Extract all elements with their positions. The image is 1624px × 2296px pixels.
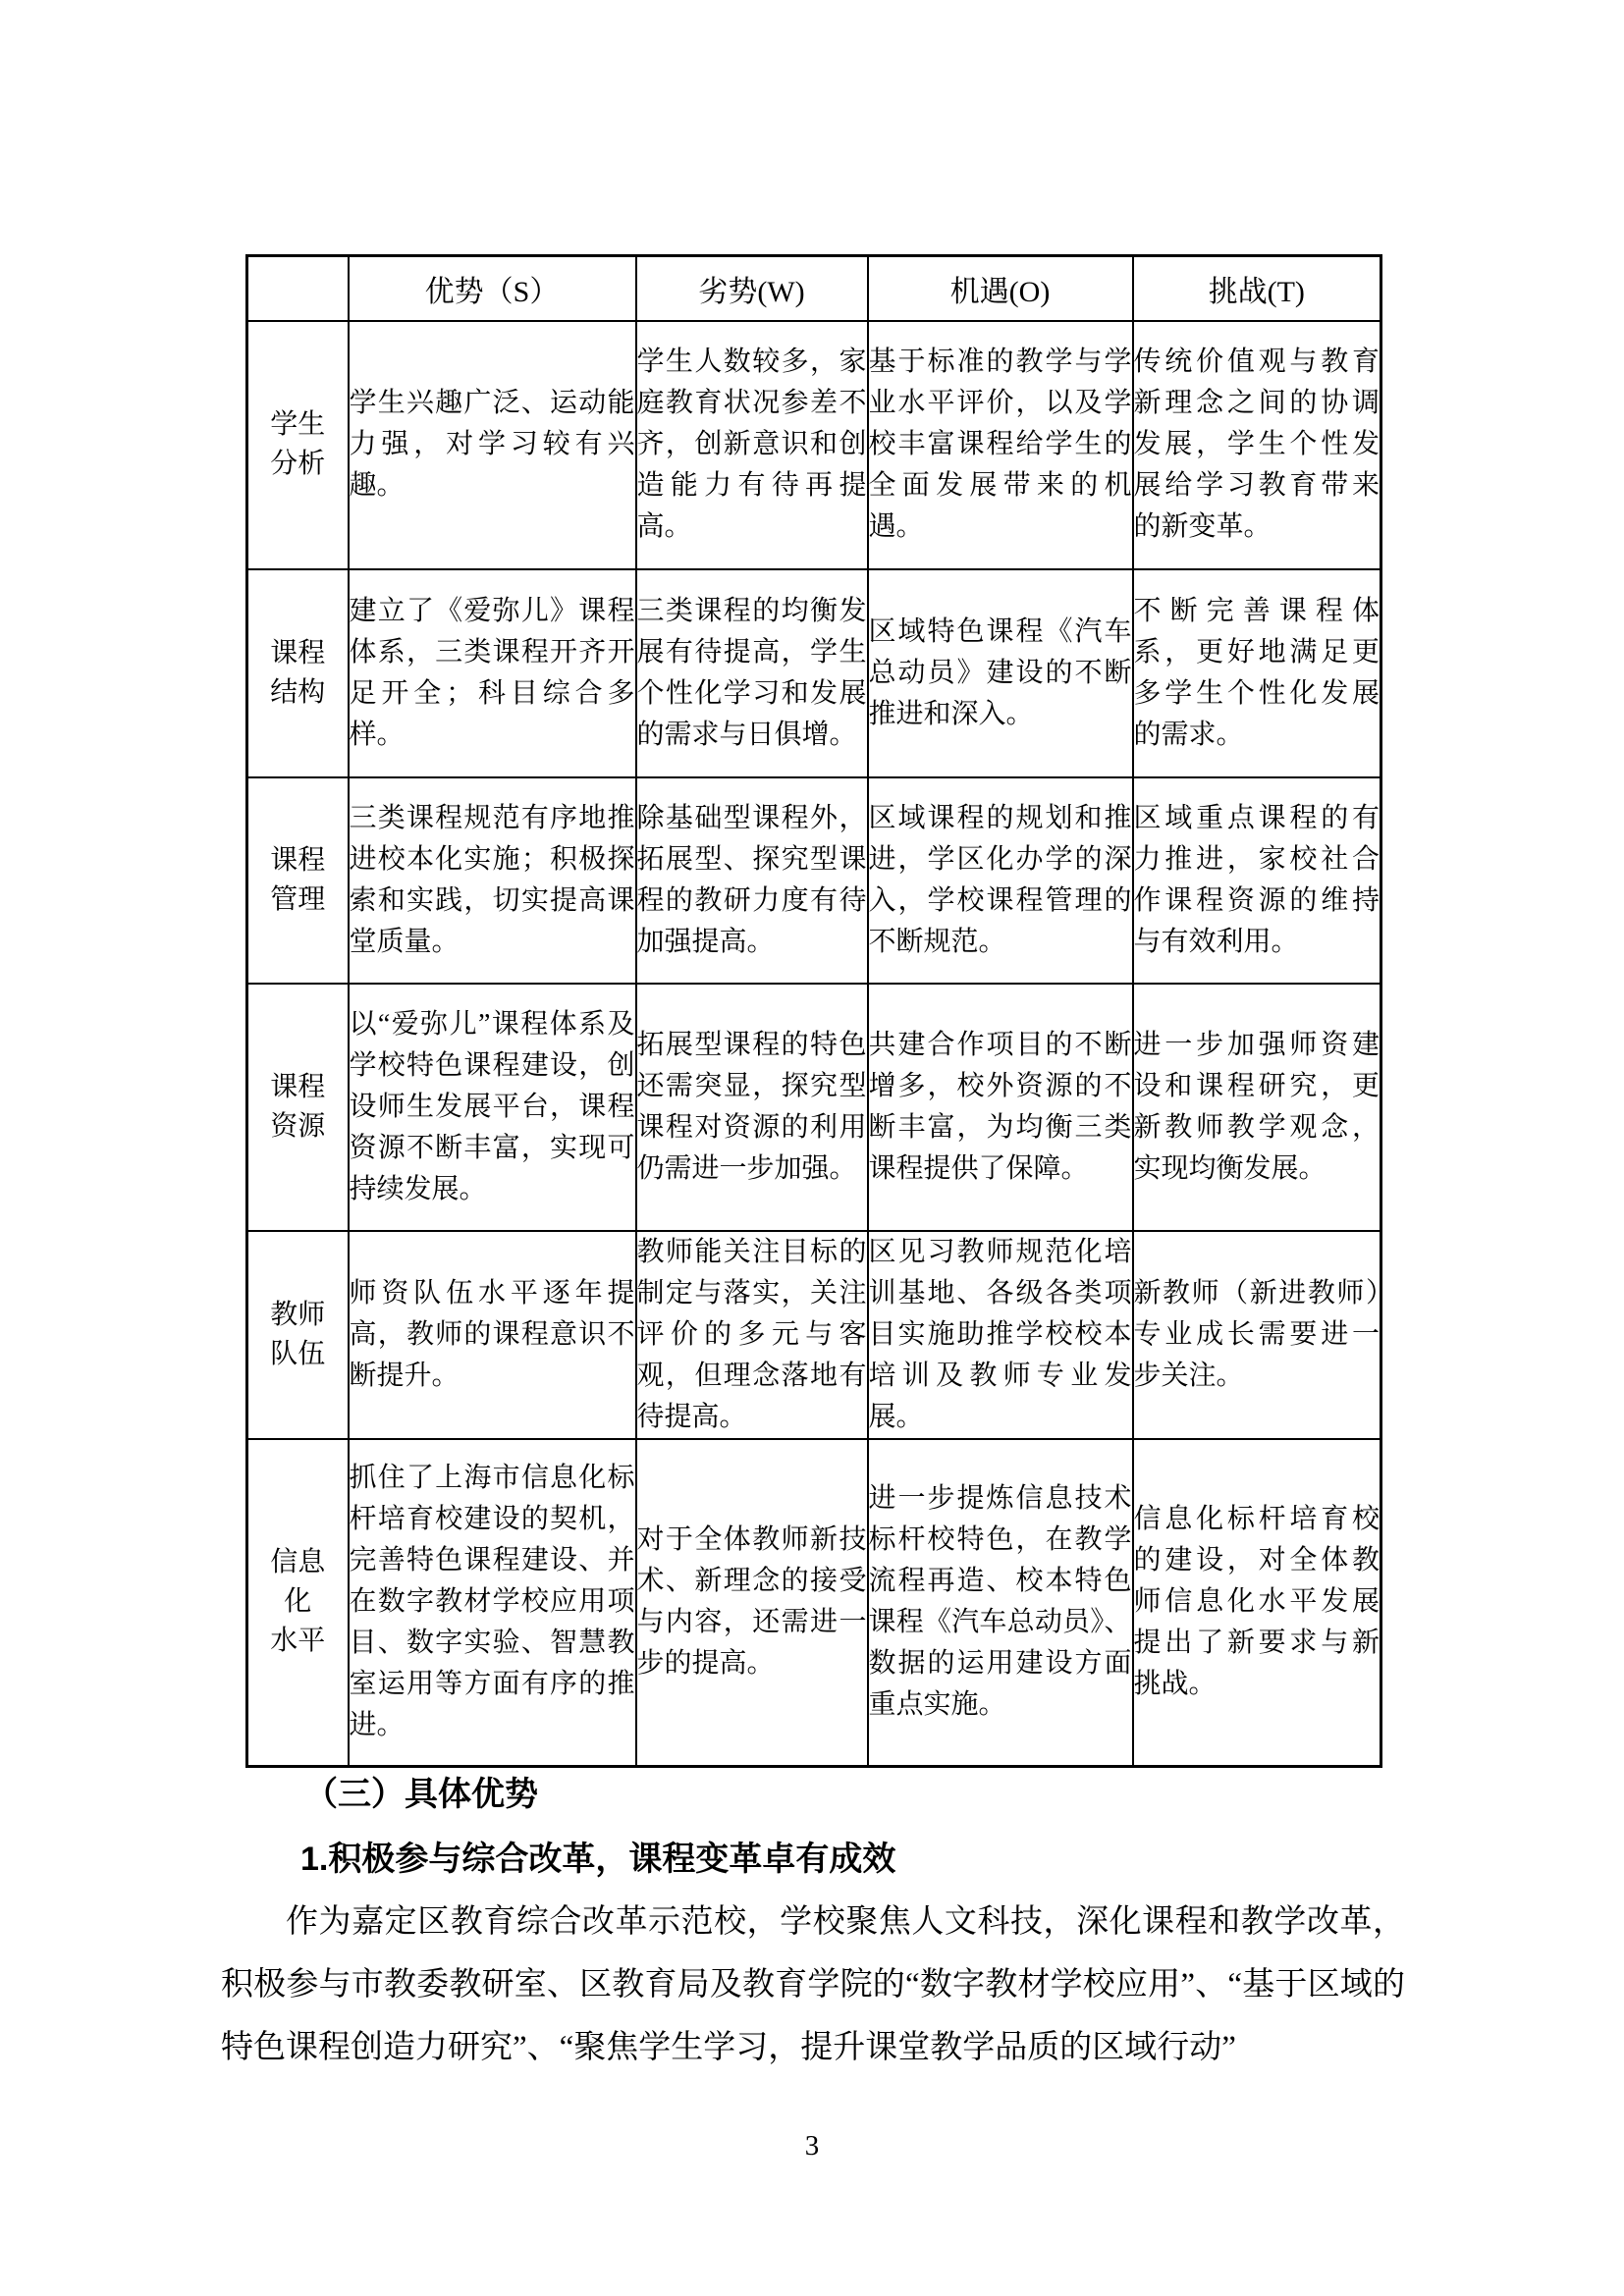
swot-cell-weaknesses: 教师能关注目标的制定与落实，关注评价的多元与客观，但理念落地有待提高。 bbox=[636, 1231, 868, 1439]
swot-cell-weaknesses: 三类课程的均衡发展有待提高，学生个性化学习和发展的需求与日俱增。 bbox=[636, 569, 868, 777]
swot-cell-strengths: 三类课程规范有序地推进校本化实施；积极探索和实践，切实提高课堂质量。 bbox=[349, 777, 636, 984]
swot-cell-strengths: 以“爱弥儿”课程体系及学校特色课程建设，创设师生发展平台，课程资源不断丰富，实现… bbox=[349, 984, 636, 1231]
swot-cell-opportunities: 区域特色课程《汽车总动员》建设的不断推进和深入。 bbox=[868, 569, 1133, 777]
swot-cell-weaknesses: 对于全体教师新技术、新理念的接受与内容，还需进一步的提高。 bbox=[636, 1439, 868, 1767]
body-paragraph: 作为嘉定区教育综合改革示范校，学校聚焦人文科技，深化课程和教学改革，积极参与市教… bbox=[221, 1891, 1405, 2079]
swot-row-student-analysis: 学生 分析 学生兴趣广泛、运动能力强，对学习较有兴趣。 学生人数较多，家庭教育状… bbox=[247, 321, 1381, 569]
swot-category-cell: 教师 队伍 bbox=[247, 1231, 349, 1439]
swot-header-strengths: 优势（S） bbox=[349, 256, 636, 321]
subsection-heading-reform: 1.积极参与综合改革，课程变革卓有成效 bbox=[300, 1841, 895, 1878]
swot-cell-threats: 进一步加强师资建设和课程研究，更新教师教学观念，实现均衡发展。 bbox=[1133, 984, 1381, 1231]
swot-cell-threats: 传统价值观与教育新理念之间的协调发展，学生个性发展给学习教育带来的新变革。 bbox=[1133, 321, 1381, 569]
swot-cell-weaknesses: 除基础型课程外，拓展型、探究型课程的教研力度有待加强提高。 bbox=[636, 777, 868, 984]
swot-header-row: 优势（S） 劣势(W) 机遇(O) 挑战(T) bbox=[247, 256, 1381, 321]
swot-cell-weaknesses: 拓展型课程的特色还需突显，探究型课程对资源的利用仍需进一步加强。 bbox=[636, 984, 868, 1231]
swot-cell-opportunities: 区域课程的规划和推进，学区化办学的深入，学校课程管理的不断规范。 bbox=[868, 777, 1133, 984]
swot-row-curriculum-resources: 课程 资源 以“爱弥儿”课程体系及学校特色课程建设，创设师生发展平台，课程资源不… bbox=[247, 984, 1381, 1231]
page-number: 3 bbox=[0, 2130, 1624, 2163]
section-heading-specific-advantages: （三）具体优势 bbox=[304, 1777, 538, 1812]
swot-cell-threats: 区域重点课程的有力推进，家校社合作课程资源的维持与有效利用。 bbox=[1133, 777, 1381, 984]
swot-row-curriculum-structure: 课程 结构 建立了《爱弥儿》课程体系，三类课程开齐开足开全；科目综合多样。 三类… bbox=[247, 569, 1381, 777]
swot-row-curriculum-management: 课程 管理 三类课程规范有序地推进校本化实施；积极探索和实践，切实提高课堂质量。… bbox=[247, 777, 1381, 984]
swot-cell-strengths: 建立了《爱弥儿》课程体系，三类课程开齐开足开全；科目综合多样。 bbox=[349, 569, 636, 777]
swot-cell-weaknesses: 学生人数较多，家庭教育状况参差不齐，创新意识和创造能力有待再提高。 bbox=[636, 321, 868, 569]
swot-cell-strengths: 师资队伍水平逐年提高，教师的课程意识不断提升。 bbox=[349, 1231, 636, 1439]
swot-table: 优势（S） 劣势(W) 机遇(O) 挑战(T) 学生 分析 学生兴趣广泛、运动能… bbox=[245, 254, 1382, 1768]
swot-cell-opportunities: 区见习教师规范化培训基地、各级各类项目实施助推学校校本培训及教师专业发展。 bbox=[868, 1231, 1133, 1439]
swot-category-cell: 课程 管理 bbox=[247, 777, 349, 984]
swot-category-cell: 课程 资源 bbox=[247, 984, 349, 1231]
swot-category-cell: 课程 结构 bbox=[247, 569, 349, 777]
swot-row-teacher-team: 教师 队伍 师资队伍水平逐年提高，教师的课程意识不断提升。 教师能关注目标的制定… bbox=[247, 1231, 1381, 1439]
swot-header-opportunities: 机遇(O) bbox=[868, 256, 1133, 321]
swot-cell-threats: 不断完善课程体系，更好地满足更多学生个性化发展的需求。 bbox=[1133, 569, 1381, 777]
swot-cell-opportunities: 基于标准的教学与学业水平评价，以及学校丰富课程给学生的全面发展带来的机遇。 bbox=[868, 321, 1133, 569]
swot-header-threats: 挑战(T) bbox=[1133, 256, 1381, 321]
swot-cell-opportunities: 共建合作项目的不断增多，校外资源的不断丰富，为均衡三类课程提供了保障。 bbox=[868, 984, 1133, 1231]
swot-row-informatization-level: 信息 化 水平 抓住了上海市信息化标杆培育校建设的契机，完善特色课程建设、并在数… bbox=[247, 1439, 1381, 1767]
swot-cell-strengths: 抓住了上海市信息化标杆培育校建设的契机，完善特色课程建设、并在数字教材学校应用项… bbox=[349, 1439, 636, 1767]
swot-header-weaknesses: 劣势(W) bbox=[636, 256, 868, 321]
swot-category-cell: 信息 化 水平 bbox=[247, 1439, 349, 1767]
swot-category-cell: 学生 分析 bbox=[247, 321, 349, 569]
swot-header-corner bbox=[247, 256, 349, 321]
document-page: 优势（S） 劣势(W) 机遇(O) 挑战(T) 学生 分析 学生兴趣广泛、运动能… bbox=[0, 0, 1624, 2296]
swot-cell-threats: 信息化标杆培育校的建设，对全体教师信息化水平发展提出了新要求与新挑战。 bbox=[1133, 1439, 1381, 1767]
swot-cell-opportunities: 进一步提炼信息技术标杆校特色，在教学流程再造、校本特色课程《汽车总动员》、数据的… bbox=[868, 1439, 1133, 1767]
swot-cell-strengths: 学生兴趣广泛、运动能力强，对学习较有兴趣。 bbox=[349, 321, 636, 569]
swot-cell-threats: 新教师（新进教师）专业成长需要进一步关注。 bbox=[1133, 1231, 1381, 1439]
